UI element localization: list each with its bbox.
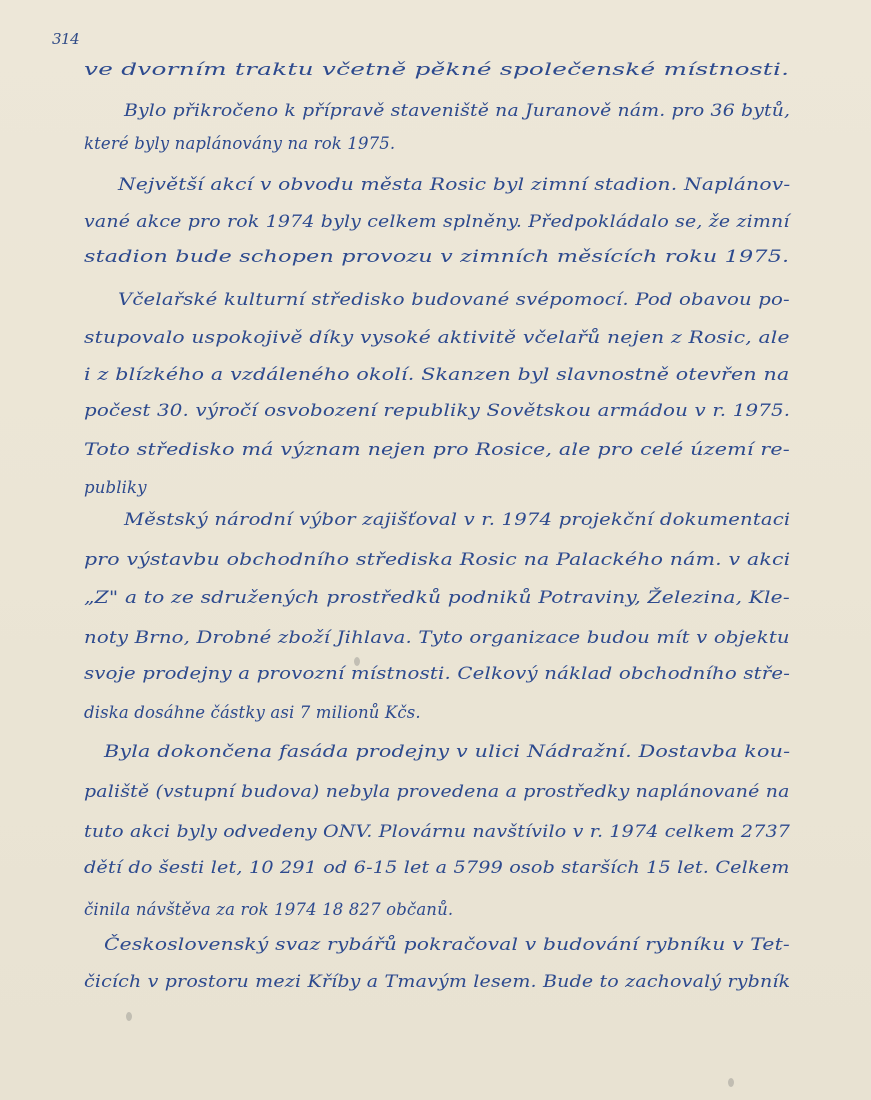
text-line: stupovalo uspokojivě díky vysoké aktivit… — [84, 328, 790, 347]
manuscript-page: 314 ve dvorním traktu včetně pěkné spole… — [0, 0, 871, 1100]
text-line: publiky — [84, 478, 147, 497]
text-line: čicích v prostoru mezi Kříby a Tmavým le… — [84, 972, 790, 991]
paper-smudge — [126, 1012, 132, 1021]
text-line: které byly naplánovány na rok 1975. — [84, 134, 395, 153]
text-line: stadion bude schopen provozu v zimních m… — [84, 247, 789, 266]
text-line: paliště (vstupní budova) nebyla proveden… — [84, 782, 790, 801]
text-line: vané akce pro rok 1974 byly celkem splně… — [84, 212, 790, 231]
paper-smudge — [728, 1078, 734, 1087]
text-line: dětí do šesti let, 10 291 od 6-15 let a … — [84, 858, 790, 877]
text-line: pro výstavbu obchodního střediska Rosic … — [84, 550, 790, 569]
page-number: 314 — [52, 30, 79, 48]
text-line: činila návštěva za rok 1974 18 827 občan… — [84, 900, 453, 919]
text-line: Městský národní výbor zajišťoval v r. 19… — [124, 510, 790, 529]
text-line: Československý svaz rybářů pokračoval v … — [104, 935, 790, 954]
text-line: ve dvorním traktu včetně pěkné společens… — [84, 60, 789, 79]
text-line: tuto akci byly odvedeny ONV. Plovárnu na… — [84, 822, 790, 841]
text-line: i z blízkého a vzdáleného okolí. Skanzen… — [84, 365, 789, 384]
text-line: počest 30. výročí osvobození republiky S… — [84, 401, 790, 420]
text-line: diska dosáhne částky asi 7 milionů Kčs. — [84, 703, 421, 722]
text-line: svoje prodejny a provozní místnosti. Cel… — [84, 664, 790, 683]
text-line: Bylo přikročeno k přípravě staveniště na… — [124, 101, 790, 120]
paper-smudge — [354, 657, 360, 666]
text-line: noty Brno, Drobné zboží Jihlava. Tyto or… — [84, 628, 790, 647]
text-line: „Z" a to ze sdružených prostředků podnik… — [84, 588, 790, 607]
text-line: Největší akcí v obvodu města Rosic byl z… — [118, 175, 790, 194]
text-line: Toto středisko má význam nejen pro Rosic… — [84, 440, 790, 459]
text-line: Byla dokončena fasáda prodejny v ulici N… — [104, 742, 790, 761]
text-line: Včelařské kulturní středisko budované sv… — [118, 290, 790, 309]
